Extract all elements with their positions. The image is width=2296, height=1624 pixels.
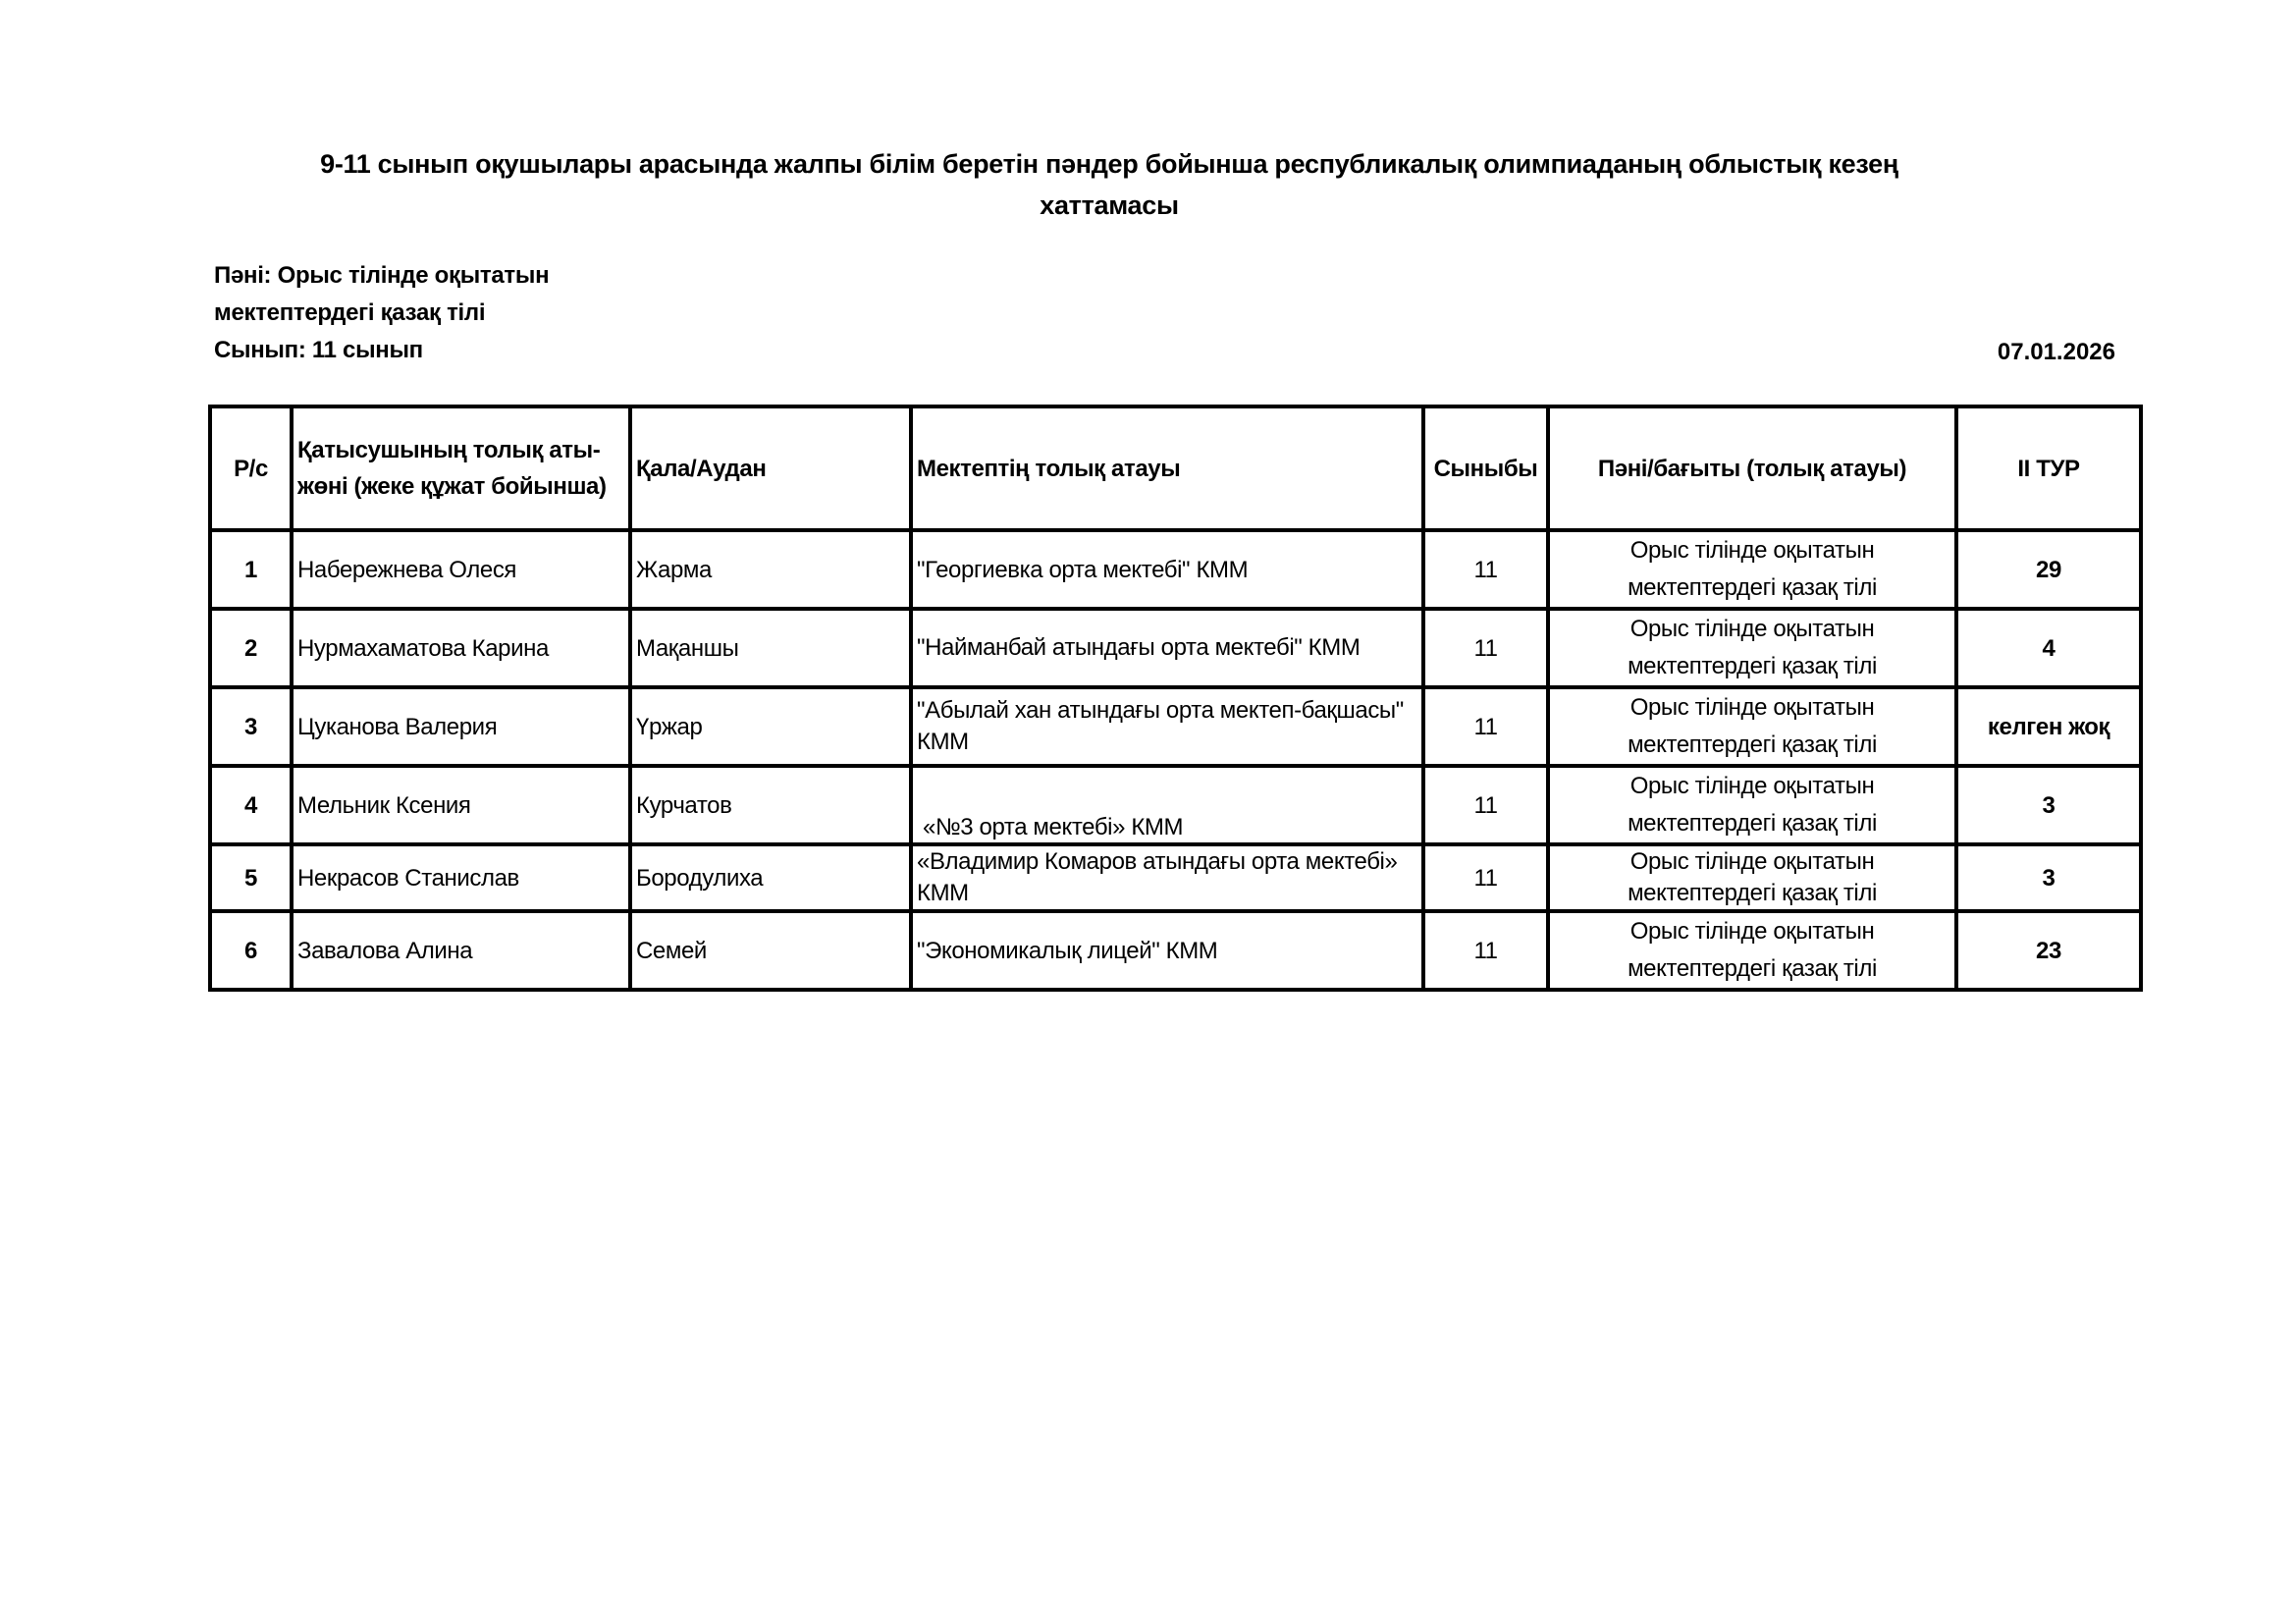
cell-number: 6 xyxy=(210,911,292,990)
title-line-2: хаттамасы xyxy=(196,185,2022,226)
col-header-district: Қала/Аудан xyxy=(630,406,911,530)
cell-grade: 11 xyxy=(1423,687,1548,766)
cell-number: 1 xyxy=(210,530,292,609)
table-row: 2 Нурмахаматова Карина Мақаншы "Найманба… xyxy=(210,609,2141,687)
table-row: 3 Цуканова Валерия Үржар "Абылай хан аты… xyxy=(210,687,2141,766)
cell-name: Завалова Алина xyxy=(292,911,630,990)
document-date: 07.01.2026 xyxy=(1998,334,2115,371)
subject-line-2: мектептердегі қазақ тілі xyxy=(214,295,549,332)
cell-school: "Абылай хан атындағы орта мектеп-бақшасы… xyxy=(911,687,1423,766)
cell-name: Нурмахаматова Карина xyxy=(292,609,630,687)
cell-name: Набережнева Олеся xyxy=(292,530,630,609)
table-row: 1 Набережнева Олеся Жарма "Георгиевка ор… xyxy=(210,530,2141,609)
col-header-school: Мектептің толық атауы xyxy=(911,406,1423,530)
cell-subject: Орыс тілінде оқытатын мектептердегі қаза… xyxy=(1548,609,1956,687)
title-line-1: 9-11 сынып оқушылары арасында жалпы білі… xyxy=(196,143,2022,185)
cell-score: 4 xyxy=(1956,609,2141,687)
cell-subject: Орыс тілінде оқытатын мектептердегі қаза… xyxy=(1548,530,1956,609)
cell-grade: 11 xyxy=(1423,844,1548,911)
cell-school: «№3 орта мектебі» КММ xyxy=(911,766,1423,844)
cell-grade: 11 xyxy=(1423,609,1548,687)
cell-score: 3 xyxy=(1956,844,2141,911)
table-header-row: Р/с Қатысушының толық аты-жөні (жеке құж… xyxy=(210,406,2141,530)
cell-grade: 11 xyxy=(1423,911,1548,990)
document-title: 9-11 сынып оқушылары арасында жалпы білі… xyxy=(196,143,2022,226)
cell-school: «Владимир Комаров атындағы орта мектебі»… xyxy=(911,844,1423,911)
cell-school: "Найманбай атындағы орта мектебі" КММ xyxy=(911,609,1423,687)
cell-district: Семей xyxy=(630,911,911,990)
col-header-name: Қатысушының толық аты-жөні (жеке құжат б… xyxy=(292,406,630,530)
col-header-subject: Пәні/бағыты (толық атауы) xyxy=(1548,406,1956,530)
col-header-grade: Сыныбы xyxy=(1423,406,1548,530)
cell-score: 23 xyxy=(1956,911,2141,990)
table-row: 6 Завалова Алина Семей "Экономикалық лиц… xyxy=(210,911,2141,990)
table-row: 5 Некрасов Станислав Бородулиха «Владими… xyxy=(210,844,2141,911)
cell-name: Цуканова Валерия xyxy=(292,687,630,766)
cell-score: келген жоқ xyxy=(1956,687,2141,766)
cell-number: 5 xyxy=(210,844,292,911)
cell-number: 4 xyxy=(210,766,292,844)
col-header-round2: II ТУР xyxy=(1956,406,2141,530)
cell-school: "Экономикалық лицей" КММ xyxy=(911,911,1423,990)
cell-district: Мақаншы xyxy=(630,609,911,687)
cell-number: 3 xyxy=(210,687,292,766)
cell-score: 3 xyxy=(1956,766,2141,844)
col-header-number: Р/с xyxy=(210,406,292,530)
cell-grade: 11 xyxy=(1423,766,1548,844)
document-meta: Пәні: Орыс тілінде оқытатын мектептердег… xyxy=(214,257,549,369)
results-table: Р/с Қатысушының толық аты-жөні (жеке құж… xyxy=(208,405,2143,992)
cell-subject: Орыс тілінде оқытатын мектептердегі қаза… xyxy=(1548,766,1956,844)
cell-subject: Орыс тілінде оқытатын мектептердегі қаза… xyxy=(1548,687,1956,766)
cell-number: 2 xyxy=(210,609,292,687)
cell-grade: 11 xyxy=(1423,530,1548,609)
grade-line: Сынып: 11 сынып xyxy=(214,332,549,369)
cell-subject: Орыс тілінде оқытатын мектептердегі қаза… xyxy=(1548,911,1956,990)
cell-score: 29 xyxy=(1956,530,2141,609)
cell-district: Жарма xyxy=(630,530,911,609)
cell-district: Үржар xyxy=(630,687,911,766)
cell-school: "Георгиевка орта мектебі" КММ xyxy=(911,530,1423,609)
cell-subject: Орыс тілінде оқытатын мектептердегі қаза… xyxy=(1548,844,1956,911)
cell-district: Бородулиха xyxy=(630,844,911,911)
subject-line-1: Пәні: Орыс тілінде оқытатын xyxy=(214,257,549,295)
table-row: 4 Мельник Ксения Курчатов «№3 орта мекте… xyxy=(210,766,2141,844)
cell-name: Некрасов Станислав xyxy=(292,844,630,911)
cell-district: Курчатов xyxy=(630,766,911,844)
cell-name: Мельник Ксения xyxy=(292,766,630,844)
